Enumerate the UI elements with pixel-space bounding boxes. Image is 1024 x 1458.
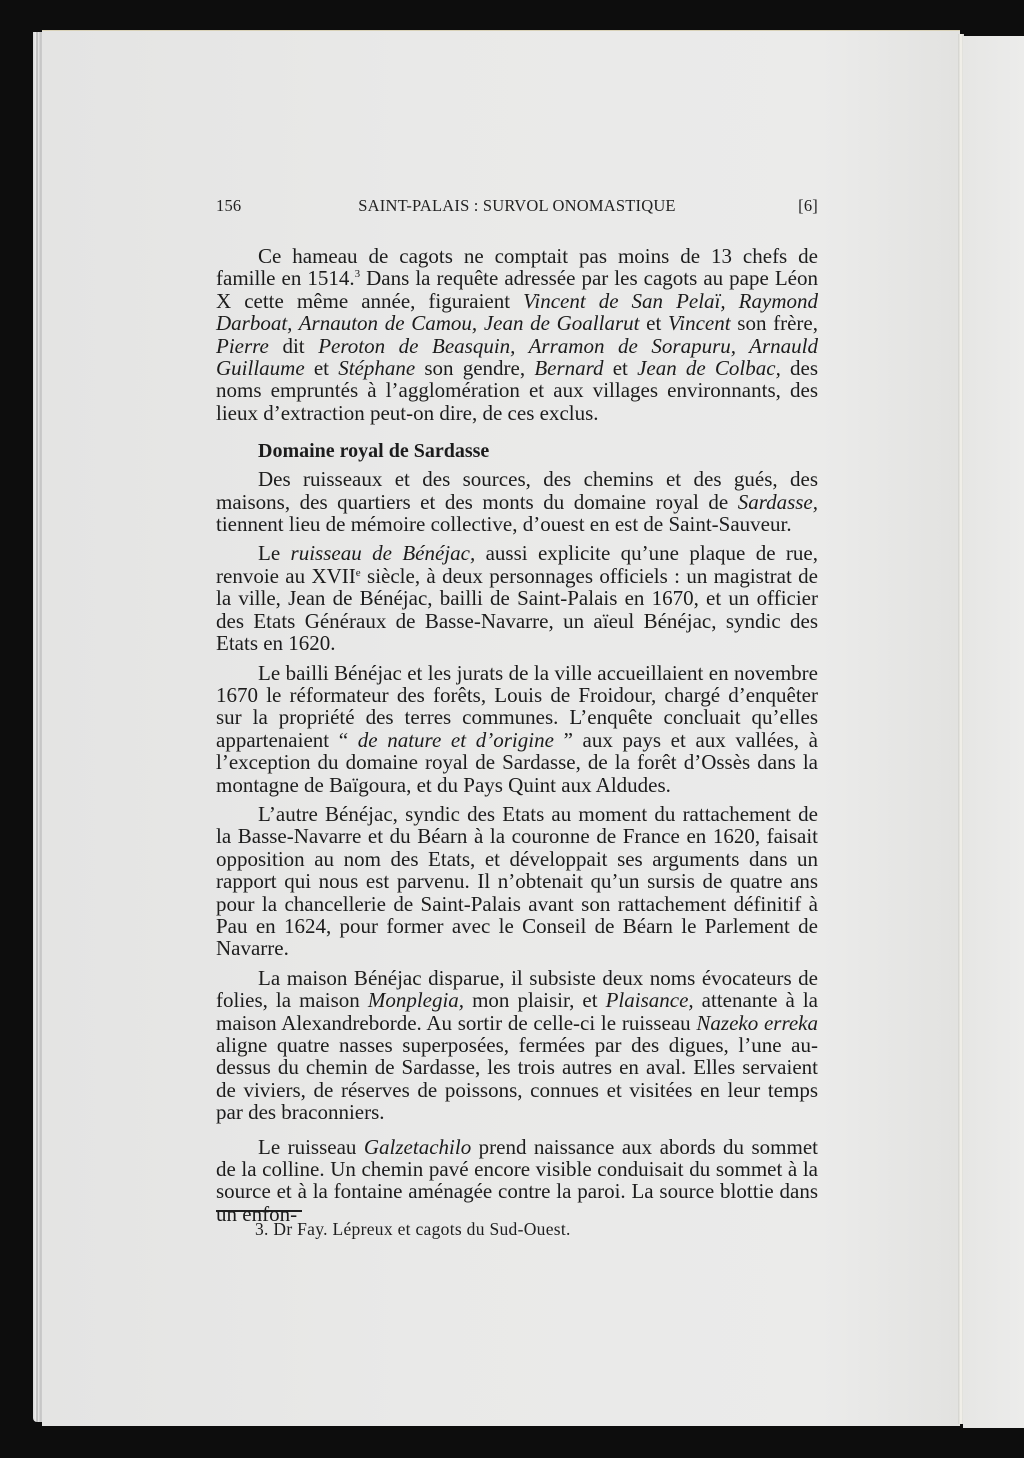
paragraph-6: La maison Bénéjac disparue, il subsiste … bbox=[216, 967, 818, 1124]
paragraph-1: Ce hameau de cagots ne comptait pas moin… bbox=[216, 245, 818, 424]
paragraph-4: Le bailli Bénéjac et les jurats de la vi… bbox=[216, 662, 818, 796]
paragraph-7: Le ruisseau Galzetachilo prend naissance… bbox=[216, 1136, 818, 1226]
footnote-ref[interactable]: 3 bbox=[355, 268, 361, 280]
running-title: SAINT-PALAIS : SURVOL ONOMASTIQUE bbox=[216, 196, 818, 216]
running-head: 156 SAINT-PALAIS : SURVOL ONOMASTIQUE [6… bbox=[216, 196, 818, 218]
section-marker: [6] bbox=[798, 196, 818, 216]
paragraph-2: Des ruisseaux et des sources, des chemin… bbox=[216, 468, 818, 535]
paragraph-3: Le ruisseau de Bénéjac, aussi explicite … bbox=[216, 542, 818, 654]
footnote-3: 3. Dr Fay. Lépreux et cagots du Sud-Oues… bbox=[255, 1219, 571, 1240]
section-heading: Domaine royal de Sardasse bbox=[258, 440, 818, 462]
body-text: Ce hameau de cagots ne comptait pas moin… bbox=[216, 245, 818, 1225]
footnote-rule bbox=[216, 1210, 302, 1212]
facing-page-edge bbox=[963, 36, 1024, 1428]
paragraph-5: L’autre Bénéjac, syndic des Etats au mom… bbox=[216, 803, 818, 960]
